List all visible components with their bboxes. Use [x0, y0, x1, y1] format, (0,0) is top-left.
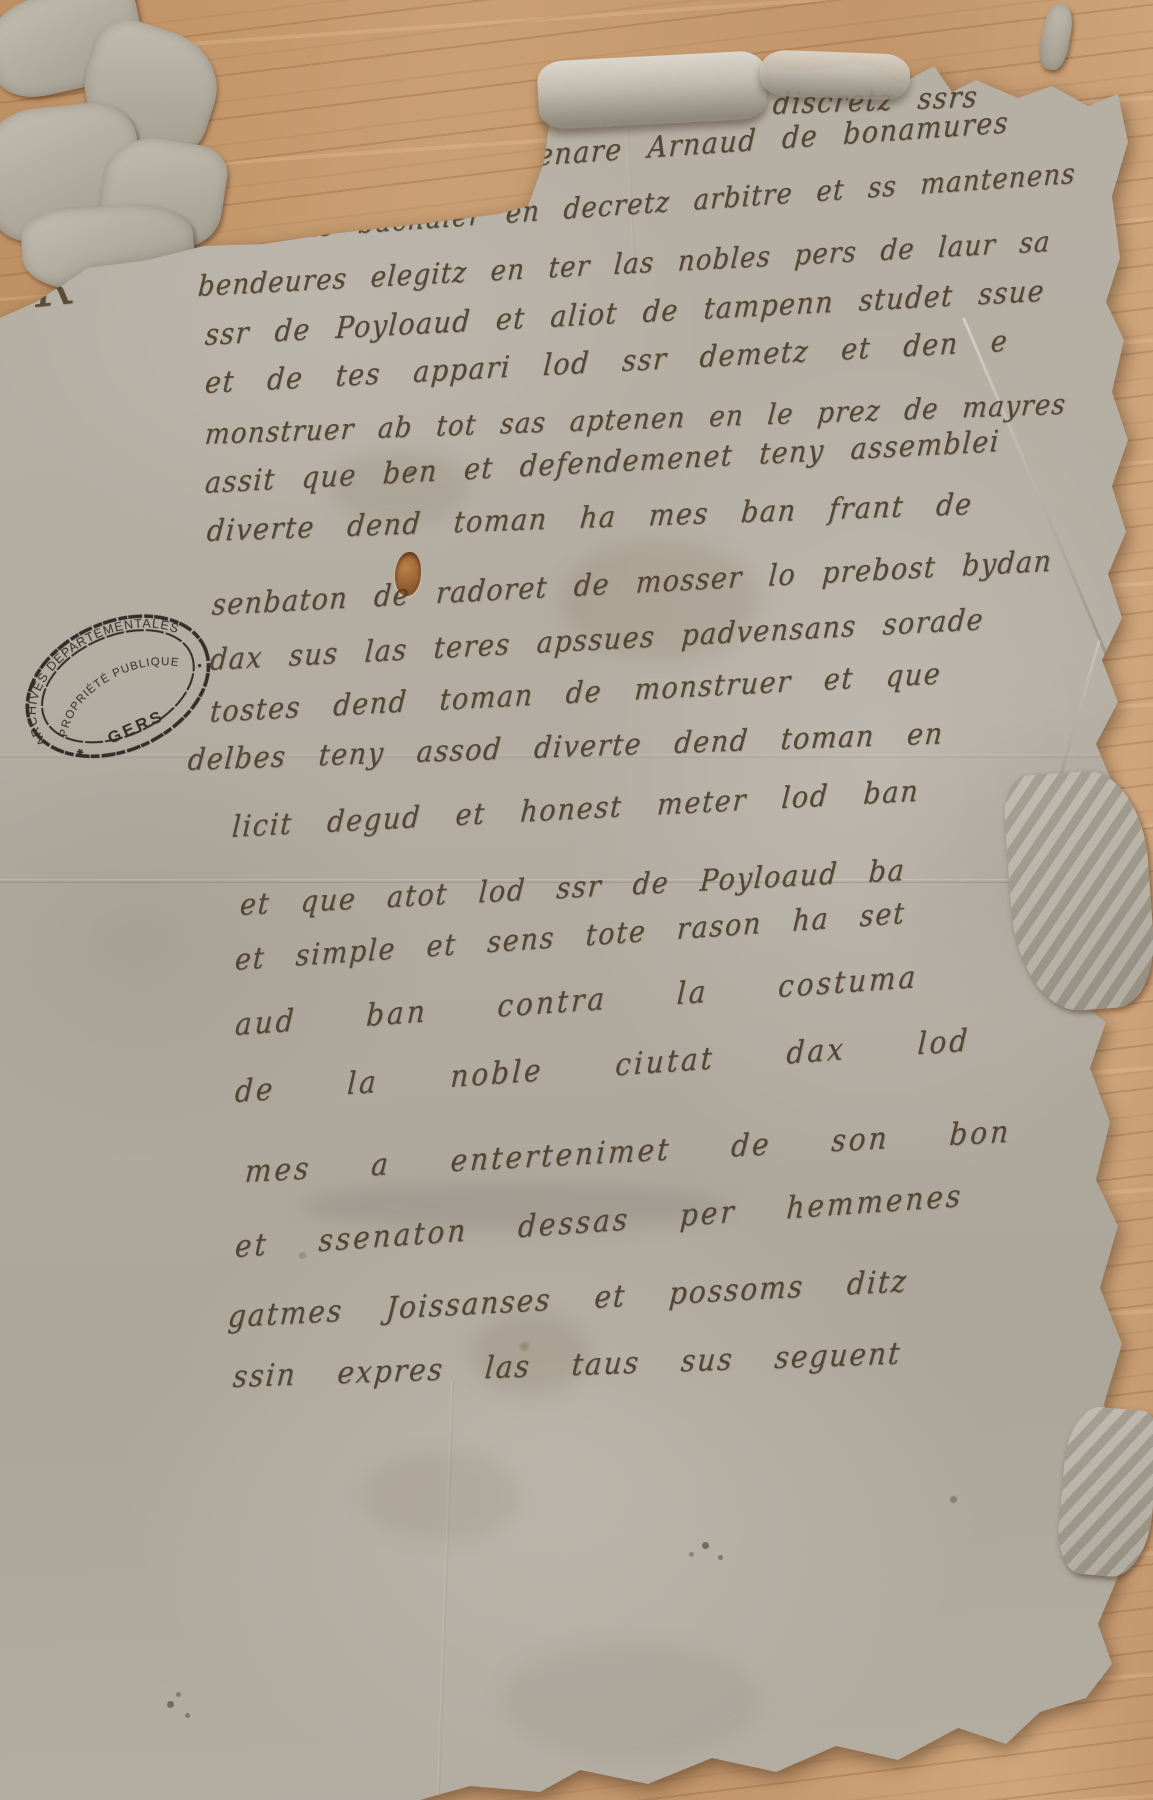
manuscript-line: delbes teny assod diverte dend toman en — [187, 717, 946, 778]
manuscript-paper-sheet: ARCHIVES DÉPARTEMENTALES PROPRIÉTÉ PUBLI… — [0, 0, 1153, 1800]
stain — [360, 1450, 520, 1542]
stain — [200, 60, 420, 180]
initial-cross-mark: † — [194, 67, 231, 165]
fold-crease — [437, 1380, 455, 1800]
margin-paraph: R — [31, 256, 76, 320]
stamp-bottom-text: GERS — [105, 706, 168, 748]
stamp-decor-right: ▪ — [195, 658, 205, 673]
curled-paper-fold — [536, 50, 767, 130]
stain — [500, 1640, 760, 1760]
manuscript-line: mes a entertenimet de son bon — [244, 1113, 1013, 1190]
paper-wrap: ARCHIVES DÉPARTEMENTALES PROPRIÉTÉ PUBLI… — [0, 0, 1153, 1800]
diagonal-tear — [1057, 640, 1101, 785]
manuscript-line: aud ban contra la costuma — [234, 958, 919, 1042]
manuscript-line: diverte dend toman ha mes ban frant de — [206, 488, 975, 549]
manuscript-line: licit degud et honest meter lod ban — [231, 774, 921, 844]
photo-of-manuscript: ARCHIVES DÉPARTEMENTALES PROPRIÉTÉ PUBLI… — [0, 0, 1153, 1800]
curled-paper-fold — [759, 49, 911, 100]
ink-specks — [0, 0, 5, 5]
